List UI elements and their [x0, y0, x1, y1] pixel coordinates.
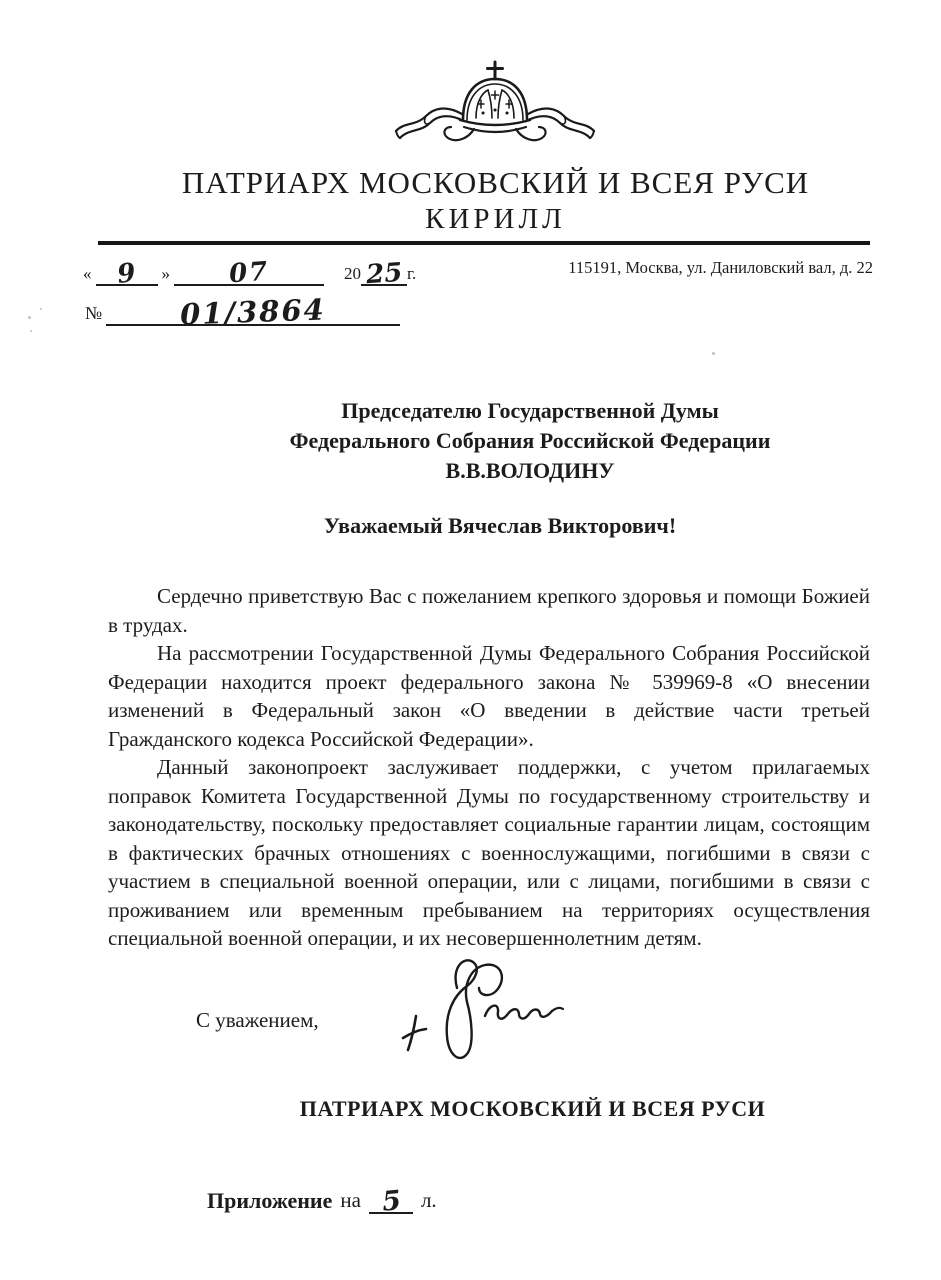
- sender-address: 115191, Москва, ул. Даниловский вал, д. …: [568, 258, 873, 278]
- letterhead-rule: [98, 241, 870, 245]
- body-paragraph-1: Сердечно приветствую Вас с пожеланием кр…: [108, 582, 870, 639]
- attachment-middle: на: [340, 1188, 361, 1214]
- letterhead-title: ПАТРИАРХ МОСКОВСКИЙ И ВСЕЯ РУСИ: [25, 165, 941, 201]
- scanned-letter-page: ПАТРИАРХ МОСКОВСКИЙ И ВСЕЯ РУСИ КИРИЛЛ «…: [0, 0, 941, 1280]
- year-unit: г.: [407, 264, 416, 286]
- year-prefix: 20: [344, 264, 361, 286]
- recipient-block: Председателю Государственной Думы Федера…: [255, 396, 805, 486]
- attachment-pages-blank: 5: [369, 1180, 413, 1214]
- year-blank: 25: [361, 252, 407, 286]
- scan-speck: [28, 316, 31, 319]
- body-paragraph-2: На рассмотрении Государственной Думы Фед…: [108, 639, 870, 753]
- letterhead-name: КИРИЛЛ: [25, 203, 941, 236]
- close-quote: »: [162, 264, 171, 286]
- letter-body: Сердечно приветствую Вас с пожеланием кр…: [108, 582, 870, 953]
- attachment-label: Приложение: [207, 1188, 332, 1214]
- handwritten-number: 01/3864: [180, 295, 327, 329]
- handwritten-month: 07: [228, 259, 270, 288]
- recipient-line-3: В.В.ВОЛОДИНУ: [255, 456, 805, 486]
- recipient-line-1: Председателю Государственной Думы: [255, 396, 805, 426]
- handwritten-page-count: 5: [381, 1188, 402, 1216]
- date-line: « 9 » 07 20 25 г.: [83, 252, 416, 286]
- outgoing-number-line: № 01/3864: [85, 288, 400, 326]
- signer-title: ПАТРИАРХ МОСКОВСКИЙ И ВСЕЯ РУСИ: [140, 1096, 925, 1122]
- handwritten-day: 9: [116, 260, 137, 288]
- patriarchal-crown-icon: [388, 58, 602, 150]
- signature-icon: [385, 952, 570, 1084]
- body-paragraph-3: Данный законопроект заслуживает поддержк…: [108, 753, 870, 953]
- scan-speck: [30, 330, 32, 332]
- recipient-line-2: Федерального Собрания Российской Федерац…: [255, 426, 805, 456]
- scan-speck: [712, 352, 715, 355]
- number-sign: №: [85, 303, 102, 326]
- closing-regards: С уважением,: [196, 1008, 319, 1033]
- month-blank: 07: [174, 252, 324, 286]
- day-blank: 9: [96, 252, 158, 286]
- salutation: Уважаемый Вячеслав Викторович!: [85, 513, 915, 539]
- open-quote: «: [83, 264, 92, 286]
- scan-speck: [40, 308, 42, 310]
- number-blank: 01/3864: [106, 288, 400, 326]
- handwritten-year: 25: [365, 260, 403, 288]
- attachment-unit: л.: [421, 1188, 437, 1214]
- attachment-line: Приложение на 5 л.: [207, 1180, 437, 1214]
